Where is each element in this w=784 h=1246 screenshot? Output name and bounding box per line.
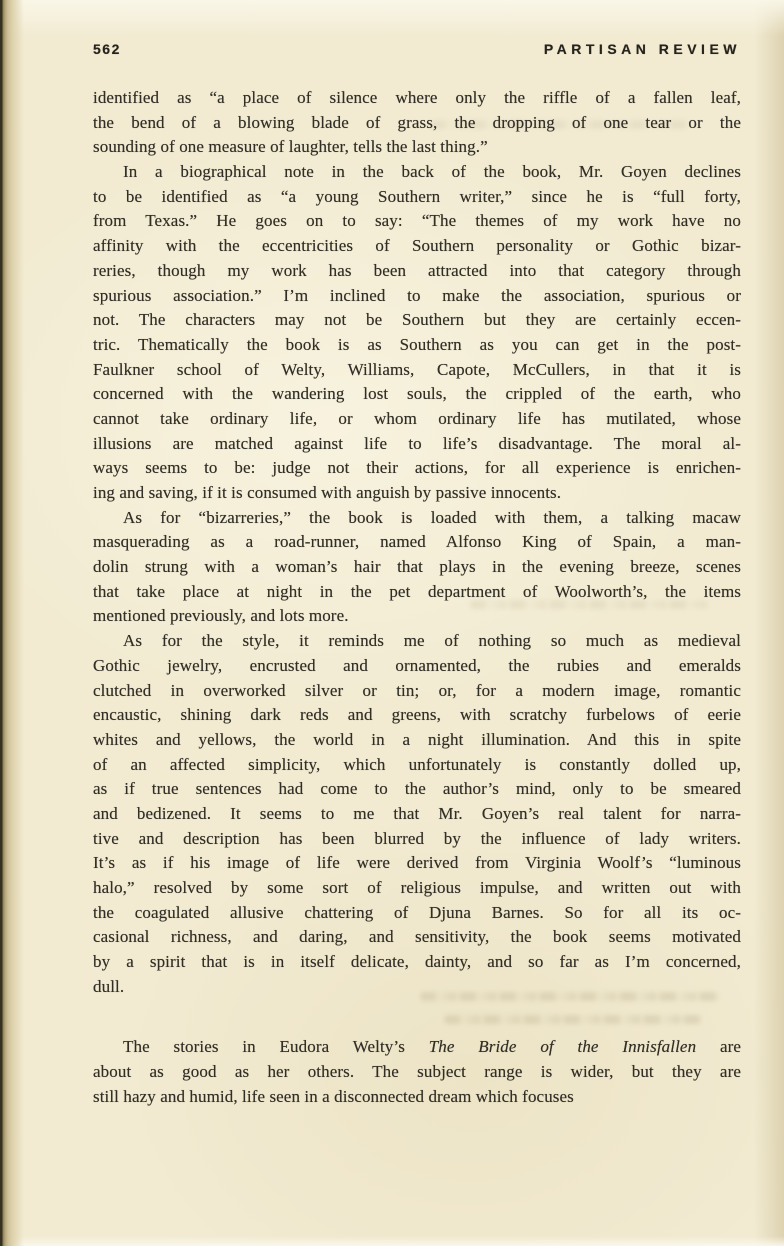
journal-title: PARTISAN REVIEW — [544, 41, 741, 57]
text-line: the coagulated allusive chattering of Dj… — [93, 901, 741, 926]
text-line: mentioned previously, and lots more. — [93, 604, 741, 629]
text-line: The stories in Eudora Welty’s The Bride … — [93, 1035, 741, 1060]
text-line: affinity with the eccentricities of Sout… — [93, 234, 741, 259]
text-line: sounding of one measure of laughter, tel… — [93, 135, 741, 160]
scanned-page: 562 PARTISAN REVIEW identified as “a pla… — [0, 0, 784, 1246]
text-line: spurious association.” I’m inclined to m… — [93, 284, 741, 309]
running-head: 562 PARTISAN REVIEW — [93, 41, 741, 57]
text-line: by a spirit that is in itself delicate, … — [93, 950, 741, 975]
text-line: from Texas.” He goes on to say: “The the… — [93, 209, 741, 234]
text-line: the bend of a blowing blade of grass, th… — [93, 111, 741, 136]
text-line: identified as “a place of silence where … — [93, 86, 741, 111]
paragraph: The stories in Eudora Welty’s The Bride … — [93, 1035, 741, 1109]
text-line: Faulkner school of Welty, Williams, Capo… — [93, 358, 741, 383]
text-line: concerned with the wandering lost souls,… — [93, 382, 741, 407]
text-line: to be identified as “a young Southern wr… — [93, 185, 741, 210]
book-title-italic: The Bride of the Innisfallen — [429, 1037, 696, 1056]
text-line: as if true sentences had come to the aut… — [93, 777, 741, 802]
text-line: about as good as her others. The subject… — [93, 1060, 741, 1085]
text-line: halo,” resolved by some sort of religiou… — [93, 876, 741, 901]
text-line: dolin strung with a woman’s hair that pl… — [93, 555, 741, 580]
text-line: It’s as if his image of life were derive… — [93, 851, 741, 876]
page-number: 562 — [93, 41, 121, 57]
text-line: that take place at night in the pet depa… — [93, 580, 741, 605]
text-line: encaustic, shining dark reds and greens,… — [93, 703, 741, 728]
text-line: tive and description has been blurred by… — [93, 827, 741, 852]
paragraph: identified as “a place of silence where … — [93, 86, 741, 160]
text-body: identified as “a place of silence where … — [93, 86, 741, 1110]
text-line: As for “bizarreries,” the book is loaded… — [93, 506, 741, 531]
text-line: reries, though my work has been attracte… — [93, 259, 741, 284]
text-line: not. The characters may not be Southern … — [93, 308, 741, 333]
text-segment: are — [696, 1037, 741, 1056]
text-line: As for the style, it reminds me of nothi… — [93, 629, 741, 654]
text-line: whites and yellows, the world in a night… — [93, 728, 741, 753]
paragraph: In a biographical note in the back of th… — [93, 160, 741, 506]
text-line: ways seems to be: judge not their action… — [93, 456, 741, 481]
text-line: masquerading as a road-runner, named Alf… — [93, 530, 741, 555]
text-line: still hazy and humid, life seen in a dis… — [93, 1085, 741, 1110]
text-line: casional richness, and daring, and sensi… — [93, 925, 741, 950]
text-line: and bedizened. It seems to me that Mr. G… — [93, 802, 741, 827]
text-line: tric. Thematically the book is as Southe… — [93, 333, 741, 358]
text-line: ing and saving, if it is consumed with a… — [93, 481, 741, 506]
text-line: illusions are matched against life to li… — [93, 432, 741, 457]
text-segment: The stories in Eudora Welty’s — [123, 1037, 429, 1056]
paragraph: As for “bizarreries,” the book is loaded… — [93, 506, 741, 629]
text-line: dull. — [93, 975, 741, 1000]
text-line: Gothic jewelry, encrusted and ornamented… — [93, 654, 741, 679]
text-line: of an affected simplicity, which unfortu… — [93, 753, 741, 778]
paragraph: As for the style, it reminds me of nothi… — [93, 629, 741, 999]
text-line: cannot take ordinary life, or whom ordin… — [93, 407, 741, 432]
text-line: clutched in overworked silver or tin; or… — [93, 679, 741, 704]
text-line: In a biographical note in the back of th… — [93, 160, 741, 185]
